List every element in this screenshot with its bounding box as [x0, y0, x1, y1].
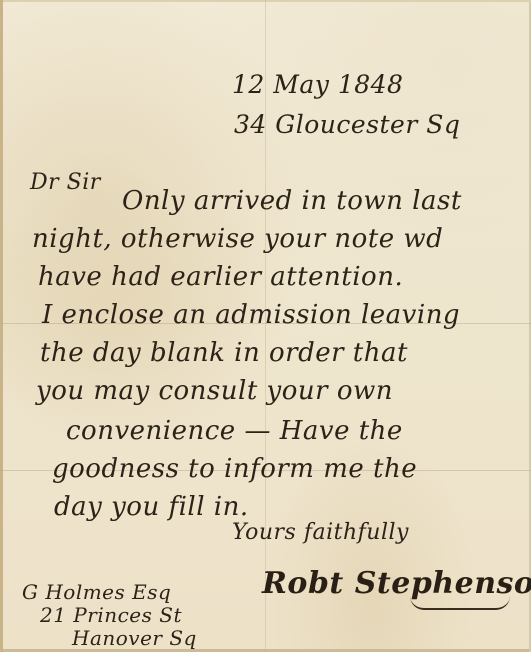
body-line: goodness to inform me the [52, 454, 417, 484]
letter-paper: 12 May 1848 34 Gloucester Sq Dr Sir Only… [0, 0, 531, 652]
body-line: Only arrived in town last [122, 186, 462, 216]
body-line: the day blank in order that [40, 338, 408, 368]
salutation: Dr Sir [30, 170, 101, 195]
body-line: you may consult your own [36, 376, 393, 406]
signature-flourish [410, 596, 510, 610]
letter-date: 12 May 1848 [232, 70, 403, 99]
body-line: convenience — Have the [66, 416, 403, 446]
body-line: night, otherwise your note wd [32, 224, 443, 254]
sender-address: 34 Gloucester Sq [234, 110, 460, 139]
body-line: have had earlier attention. [38, 262, 403, 292]
body-line: I enclose an admission leaving [42, 300, 460, 330]
recipient-street: 21 Princes St [40, 603, 182, 627]
closing: Yours faithfully [232, 520, 409, 545]
recipient-area: Hanover Sq [72, 626, 197, 650]
recipient-name: G Holmes Esq [22, 580, 171, 604]
body-line: day you fill in. [54, 492, 249, 522]
